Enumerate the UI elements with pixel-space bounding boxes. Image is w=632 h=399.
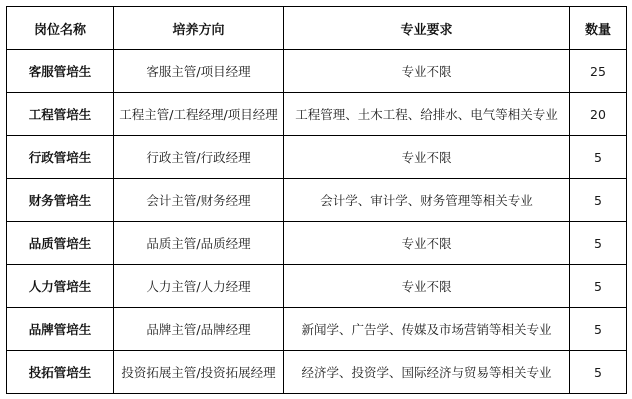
direction-cell: 品牌主管/品牌经理 (114, 308, 284, 351)
table-row: 品质管培生 品质主管/品质经理 专业不限 5 (7, 222, 627, 265)
direction-cell: 工程主管/工程经理/项目经理 (114, 93, 284, 136)
count-cell: 5 (570, 308, 627, 351)
position-cell: 人力管培生 (7, 265, 114, 308)
table-row: 工程管培生 工程主管/工程经理/项目经理 工程管理、土木工程、给排水、电气等相关… (7, 93, 627, 136)
direction-cell: 投资拓展主管/投资拓展经理 (114, 351, 284, 394)
count-cell: 5 (570, 179, 627, 222)
trainee-positions-table: 岗位名称 培养方向 专业要求 数量 客服管培生 客服主管/项目经理 专业不限 2… (6, 6, 627, 394)
count-cell: 5 (570, 222, 627, 265)
count-cell: 5 (570, 136, 627, 179)
direction-cell: 行政主管/行政经理 (114, 136, 284, 179)
direction-cell: 品质主管/品质经理 (114, 222, 284, 265)
position-cell: 财务管培生 (7, 179, 114, 222)
position-cell: 品质管培生 (7, 222, 114, 265)
count-cell: 20 (570, 93, 627, 136)
header-position: 岗位名称 (7, 7, 114, 50)
count-cell: 5 (570, 351, 627, 394)
count-cell: 5 (570, 265, 627, 308)
requirement-cell: 专业不限 (284, 222, 570, 265)
requirement-cell: 工程管理、土木工程、给排水、电气等相关专业 (284, 93, 570, 136)
count-cell: 25 (570, 50, 627, 93)
table-row: 客服管培生 客服主管/项目经理 专业不限 25 (7, 50, 627, 93)
header-row: 岗位名称 培养方向 专业要求 数量 (7, 7, 627, 50)
requirement-cell: 新闻学、广告学、传媒及市场营销等相关专业 (284, 308, 570, 351)
header-count: 数量 (570, 7, 627, 50)
table-row: 投拓管培生 投资拓展主管/投资拓展经理 经济学、投资学、国际经济与贸易等相关专业… (7, 351, 627, 394)
requirement-cell: 专业不限 (284, 136, 570, 179)
requirement-cell: 专业不限 (284, 265, 570, 308)
requirement-cell: 会计学、审计学、财务管理等相关专业 (284, 179, 570, 222)
requirement-cell: 经济学、投资学、国际经济与贸易等相关专业 (284, 351, 570, 394)
table-row: 品牌管培生 品牌主管/品牌经理 新闻学、广告学、传媒及市场营销等相关专业 5 (7, 308, 627, 351)
table-row: 人力管培生 人力主管/人力经理 专业不限 5 (7, 265, 627, 308)
position-cell: 品牌管培生 (7, 308, 114, 351)
header-requirement: 专业要求 (284, 7, 570, 50)
position-cell: 行政管培生 (7, 136, 114, 179)
table-row: 行政管培生 行政主管/行政经理 专业不限 5 (7, 136, 627, 179)
header-direction: 培养方向 (114, 7, 284, 50)
direction-cell: 人力主管/人力经理 (114, 265, 284, 308)
requirement-cell: 专业不限 (284, 50, 570, 93)
position-cell: 客服管培生 (7, 50, 114, 93)
direction-cell: 会计主管/财务经理 (114, 179, 284, 222)
position-cell: 工程管培生 (7, 93, 114, 136)
position-cell: 投拓管培生 (7, 351, 114, 394)
table-row: 财务管培生 会计主管/财务经理 会计学、审计学、财务管理等相关专业 5 (7, 179, 627, 222)
direction-cell: 客服主管/项目经理 (114, 50, 284, 93)
